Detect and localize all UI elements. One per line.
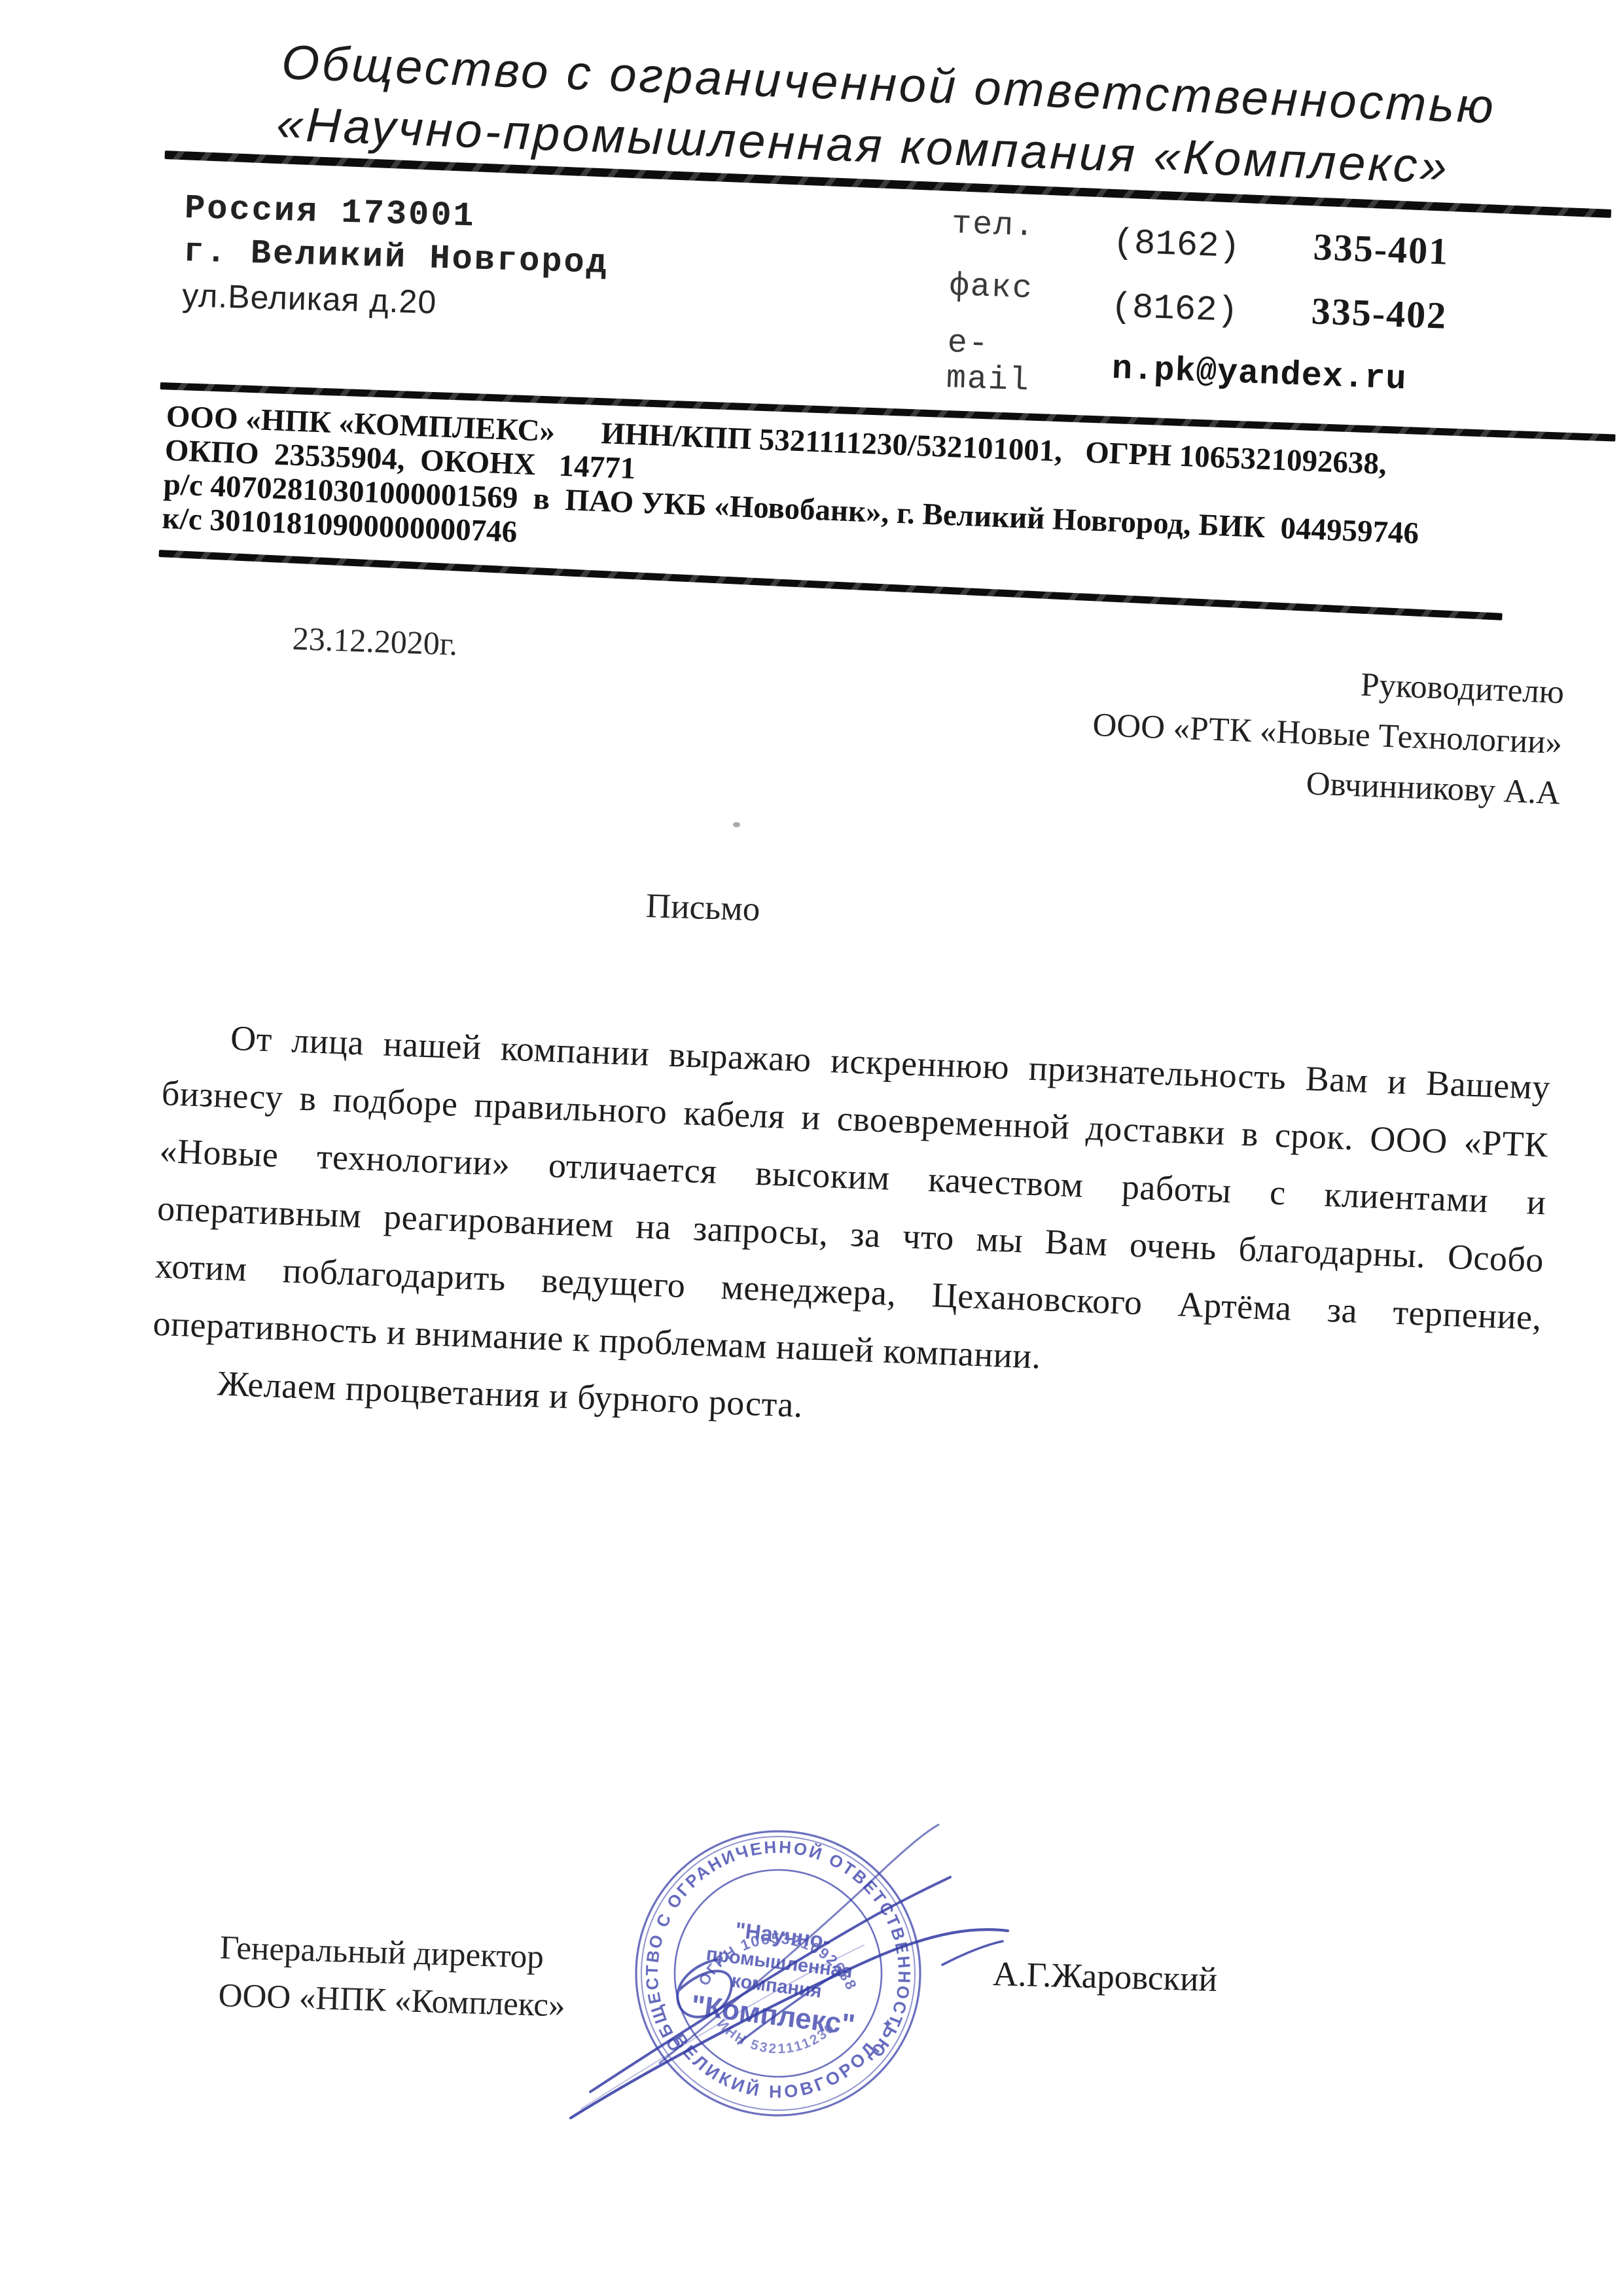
stamp-seal-graphic: ОБЩЕСТВО С ОГРАНИЧЕННОЙ ОТВЕТСТВЕННОСТЬЮ… xyxy=(628,1823,929,2125)
tel-label: тел. xyxy=(951,208,1036,243)
contact-labels: тел. факс e- mail xyxy=(946,208,1036,398)
signatory-position-line-2: ООО «НПК «Комплекс» xyxy=(218,1972,566,2030)
signatory-name: А.Г.Жаровский xyxy=(992,1954,1217,2000)
email-label-part1: e- xyxy=(947,327,1032,363)
signatory-position-block: Генеральный директор ООО «НПК «Комплекс» xyxy=(218,1924,567,2030)
tel-area-code: (8162) xyxy=(1112,223,1241,268)
letter-body: От лица нашей компании выражаю искреннюю… xyxy=(150,1007,1552,1462)
tel-value-row: (8162)335-401 xyxy=(1112,217,1450,276)
fax-number: 335-402 xyxy=(1311,289,1448,337)
tel-number: 335-401 xyxy=(1313,225,1450,273)
email-label-part2: mail xyxy=(946,363,1031,398)
letter-date: 23.12.2020г. xyxy=(292,619,458,663)
company-stamp: ОБЩЕСТВО С ОГРАНИЧЕННОЙ ОТВЕТСТВЕННОСТЬЮ… xyxy=(628,1823,929,2125)
stamp-outer-inner-circle xyxy=(637,1832,919,2115)
email-value: n.pk@yandex.ru xyxy=(1111,350,1408,399)
sender-address-block: Россия 173001 г. Великий Новгород ул.Вел… xyxy=(181,187,610,329)
scanned-letter-page: { "letterhead": { "org_type_line": "Обще… xyxy=(0,0,1623,2296)
scan-speck xyxy=(733,822,740,827)
fax-area-code: (8162) xyxy=(1110,287,1239,332)
fax-label: факс xyxy=(949,270,1034,306)
recipient-block: Руководителю ООО «РТК «Новые Технологии»… xyxy=(1075,649,1565,819)
stamp-star-icon: ✦ xyxy=(882,2016,894,2033)
fax-value-row: (8162)335-402 xyxy=(1110,281,1448,340)
letter-title: Письмо xyxy=(645,886,760,929)
stamp-center-line-4: "Комплекс" xyxy=(689,1989,857,2041)
